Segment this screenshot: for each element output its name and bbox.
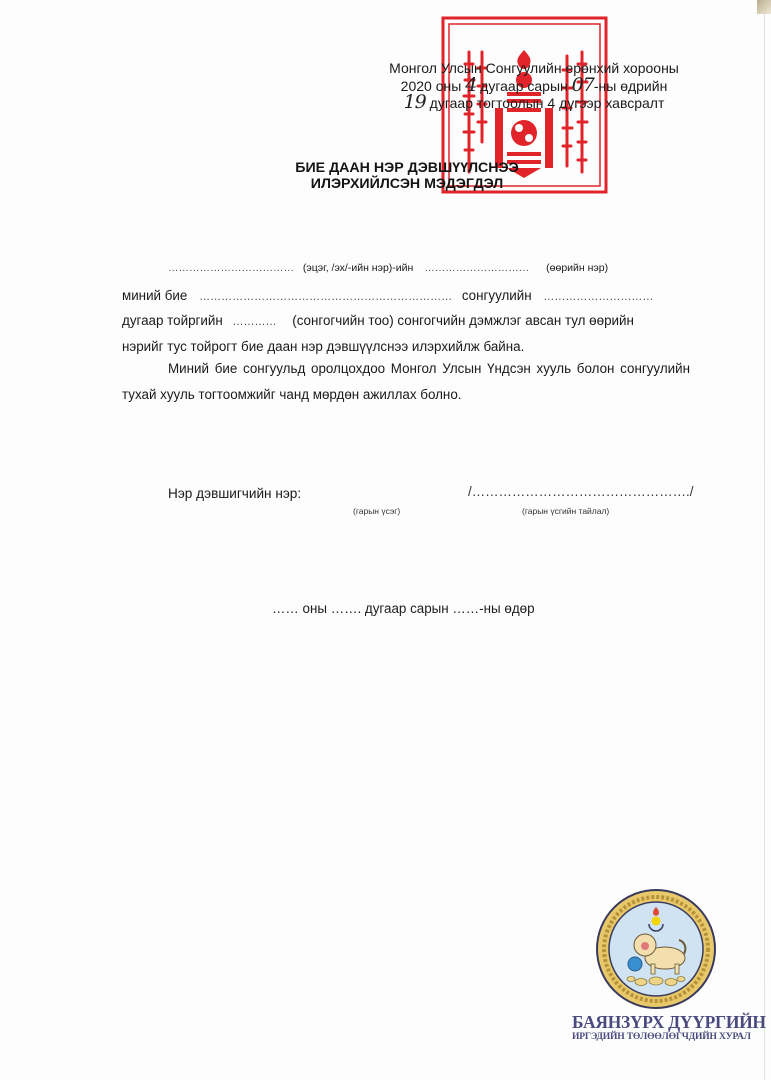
signature-transcript-caption: (гарын үсгийн тайлал) xyxy=(522,506,609,516)
handwritten-month: 4 xyxy=(465,74,476,96)
header-line-3: 19 дугаар тогтоолын 4 дүгээр хавсралт xyxy=(376,94,692,112)
form-row-4: нэрийг тус тойрогт бие даан нэр дэвшүүлс… xyxy=(122,339,524,354)
father-name-blank[interactable]: ……………………………… xyxy=(168,262,294,274)
signature-caption: (гарын үсэг) xyxy=(353,506,400,516)
scan-edge-line xyxy=(764,0,765,1080)
bayanzurkh-emblem-icon xyxy=(595,888,717,1010)
appendix-header: Монгол Улсын Сонгуулийн ерөнхий хорооны … xyxy=(376,60,692,112)
bayanzurkh-emblem xyxy=(595,888,717,1010)
handwritten-resolution-number: 19 xyxy=(404,91,426,113)
commitment-paragraph: Миний бие сонгуульд оролцохдоо Монгол Ул… xyxy=(122,356,690,407)
voter-count-blank[interactable]: ………… xyxy=(233,316,277,328)
scan-corner-shade xyxy=(757,0,771,14)
header-line-1: Монгол Улсын Сонгуулийн ерөнхий хорооны xyxy=(376,60,692,77)
own-name-blank[interactable]: ………………………… xyxy=(424,262,529,274)
election-name-blank[interactable]: …………………………………………………………… xyxy=(199,291,452,303)
org-name-line-1: БАЯНЗҮРХ ДҮҮРГИЙН xyxy=(572,1012,740,1033)
org-name-line-2: ИРГЭДИЙН ТӨЛӨӨЛӨГЧДИЙН ХУРАЛ xyxy=(572,1031,740,1042)
signature-transcript-blank[interactable]: /…………………………………………./ xyxy=(468,484,693,499)
district-number-blank[interactable]: ………………………… xyxy=(543,291,653,303)
form-row-1: ……………………………… (эцэг, /эх/-ийн нэр)-ийн ……… xyxy=(168,262,608,274)
form-row-2: миний бие …………………………………………………………… сонгуу… xyxy=(122,288,653,303)
document-title: БИЕ ДААН НЭР ДЭВШҮҮЛСНЭЭ ИЛЭРХИЙЛСЭН МЭД… xyxy=(262,160,552,192)
handwritten-day: 07 xyxy=(572,74,594,96)
date-line[interactable]: …… оны ……. дугаар сарын ……-ны өдөр xyxy=(272,601,535,616)
candidate-name-label: Нэр дэвшигчийн нэр: xyxy=(168,486,301,501)
form-row-3: дугаар тойргийн ………… (сонгогчийн тоо) со… xyxy=(122,313,634,328)
